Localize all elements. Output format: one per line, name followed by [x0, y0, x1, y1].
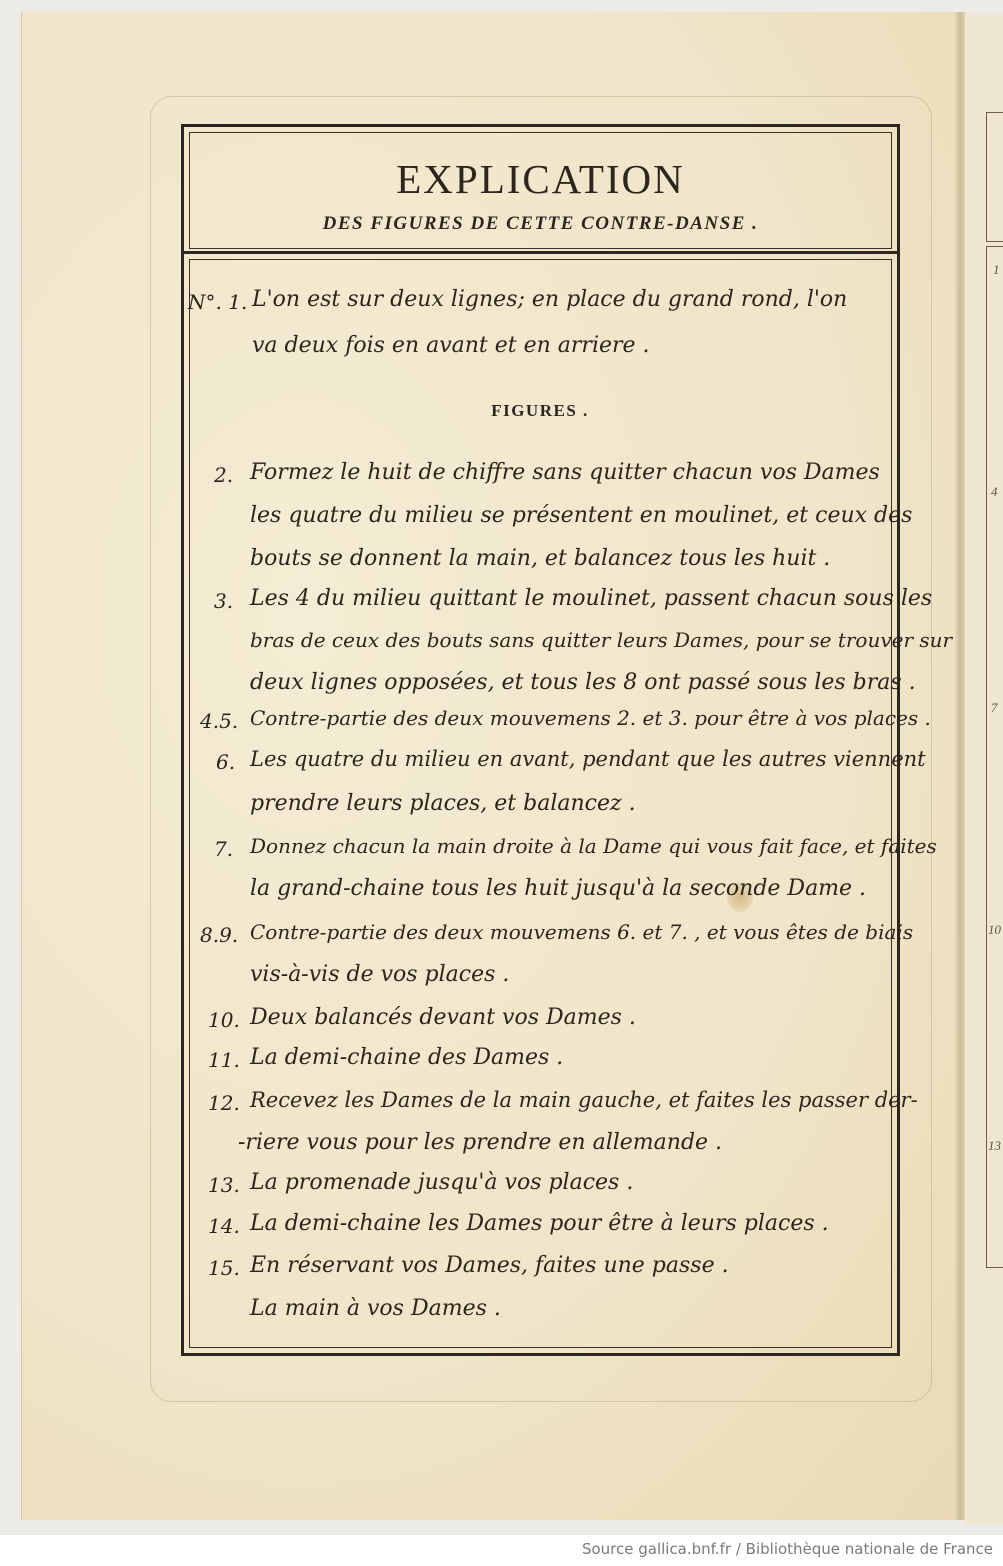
figure-line: la grand-chaine tous les huit jusqu'à la…: [250, 876, 866, 901]
intro-line: va deux fois en avant et en arriere .: [252, 333, 650, 358]
figure-line: La demi-chaine des Dames .: [250, 1045, 563, 1070]
figure-number: 4.5.: [200, 709, 238, 733]
book-gutter: [955, 12, 965, 1520]
figure-line: bras de ceux des bouts sans quitter leur…: [250, 628, 952, 652]
figure-number: 8.9.: [200, 923, 238, 947]
figure-number: 2.: [214, 463, 233, 487]
title-panel: EXPLICATION DES FIGURES DE CETTE CONTRE-…: [189, 132, 892, 249]
figure-number: 11.: [208, 1048, 240, 1072]
figure-line: Recevez les Dames de la main gauche, et …: [250, 1088, 918, 1112]
section-heading: FIGURES .: [360, 401, 720, 421]
source-attribution: Source gallica.bnf.fr / Bibliothèque nat…: [582, 1540, 993, 1558]
figure-number: 14.: [208, 1214, 240, 1238]
figure-line: Formez le huit de chiffre sans quitter c…: [250, 460, 880, 485]
adjacent-frame-top: [986, 112, 1003, 242]
adjacent-figure-label: 4: [991, 484, 998, 500]
figure-number: 13.: [208, 1173, 240, 1197]
figure-number: 7.: [214, 837, 233, 861]
adjacent-frame-figures: [986, 246, 1003, 1268]
figure-line: vis-à-vis de vos places .: [250, 962, 509, 987]
adjacent-figure-label: 13: [988, 1138, 1001, 1154]
page-subtitle: DES FIGURES DE CETTE CONTRE-DANSE .: [190, 213, 891, 235]
figure-number: 10.: [208, 1008, 240, 1032]
figure-number: 15.: [208, 1256, 240, 1280]
figure-line: Contre-partie des deux mouvemens 6. et 7…: [250, 920, 913, 944]
figure-line: -riere vous pour les prendre en allemand…: [238, 1130, 722, 1155]
intro-line: L'on est sur deux lignes; en place du gr…: [252, 287, 847, 312]
adjacent-figure-label: 1: [993, 262, 1000, 278]
figure-number: 6.: [216, 750, 235, 774]
figure-line: La promenade jusqu'à vos places .: [250, 1170, 633, 1195]
figure-line: bouts se donnent la main, et balancez to…: [250, 546, 830, 571]
adjacent-figure-label: 7: [991, 700, 998, 716]
figure-line: Les quatre du milieu en avant, pendant q…: [250, 747, 926, 771]
adjacent-figure-label: 10: [988, 922, 1001, 938]
figure-line: Donnez chacun la main droite à la Dame q…: [250, 834, 937, 858]
intro-number: N°. 1.: [188, 290, 247, 314]
figure-line: La demi-chaine les Dames pour être à leu…: [250, 1211, 829, 1236]
frame-divider: [184, 251, 897, 254]
figure-line: deux lignes opposées, et tous les 8 ont …: [250, 670, 916, 695]
page-title: EXPLICATION: [190, 155, 891, 203]
figure-line: les quatre du milieu se présentent en mo…: [250, 503, 912, 528]
figure-line: Deux balancés devant vos Dames .: [250, 1005, 636, 1030]
figure-number: 12.: [208, 1091, 240, 1115]
figure-number: 3.: [214, 589, 233, 613]
figure-line: prendre leurs places, et balancez .: [250, 791, 636, 816]
figure-line: La main à vos Dames .: [250, 1296, 501, 1321]
figure-line: Les 4 du milieu quittant le moulinet, pa…: [250, 586, 932, 611]
figure-line: Contre-partie des deux mouvemens 2. et 3…: [250, 706, 931, 730]
figure-line: En réservant vos Dames, faites une passe…: [250, 1253, 729, 1278]
